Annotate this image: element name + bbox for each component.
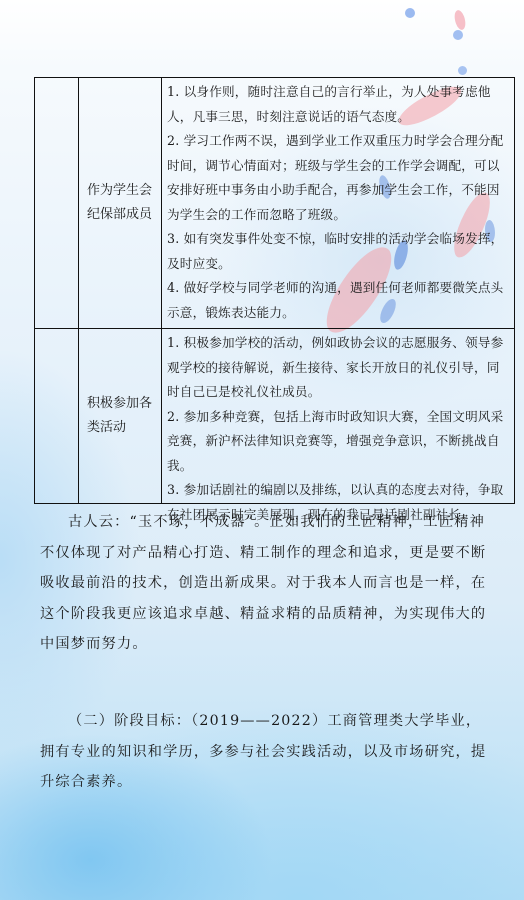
table-cell-category: 作为学生会纪保部成员 bbox=[79, 78, 162, 328]
category-label: 作为学生会纪保部成员 bbox=[87, 179, 157, 227]
table-cell-empty bbox=[35, 329, 79, 503]
detail-item: 2. 参加多种竞赛，包括上海市时政知识大赛，全国文明风采竞赛，新沪杯法律知识竞赛… bbox=[167, 405, 508, 479]
body-paragraph-craftsmanship: 古人云：“玉不琢，不成器”。正如我们的工匠精神，工匠精神不仅体现了对产品精心打造… bbox=[40, 507, 488, 660]
category-label: 积极参加各类活动 bbox=[87, 392, 157, 440]
detail-item: 2. 学习工作两不误，遇到学业工作双重压力时学会合理分配时间，调节心情面对；班级… bbox=[167, 129, 508, 227]
decor-dot bbox=[405, 8, 415, 18]
body-paragraph-stage-goal: （二）阶段目标：（2019——2022）工商管理类大学毕业，拥有专业的知识和学历… bbox=[40, 706, 488, 798]
decor-fish-pink bbox=[452, 9, 468, 31]
decor-dot bbox=[453, 30, 463, 40]
detail-item: 3. 如有突发事件处变不惊，临时安排的活动学会临场发挥，及时应变。 bbox=[167, 227, 508, 276]
table-cell-details: 1. 积极参加学校的活动，例如政协会议的志愿服务、领导参观学校的接待解说，新生接… bbox=[162, 329, 514, 503]
table-cell-empty bbox=[35, 78, 79, 328]
table-cell-details: 1. 以身作则，随时注意自己的言行举止，为人处事考虑他人，凡事三思，时刻注意说话… bbox=[162, 78, 514, 328]
table-row: 作为学生会纪保部成员 1. 以身作则，随时注意自己的言行举止，为人处事考虑他人，… bbox=[35, 78, 514, 329]
detail-item: 4. 做好学校与同学老师的沟通，遇到任何老师都要微笑点头示意，锻炼表达能力。 bbox=[167, 276, 508, 325]
detail-item: 1. 积极参加学校的活动，例如政协会议的志愿服务、领导参观学校的接待解说，新生接… bbox=[167, 331, 508, 405]
table-cell-category: 积极参加各类活动 bbox=[79, 329, 162, 503]
table-row: 积极参加各类活动 1. 积极参加学校的活动，例如政协会议的志愿服务、领导参观学校… bbox=[35, 329, 514, 503]
decor-dot bbox=[458, 66, 467, 75]
detail-item: 1. 以身作则，随时注意自己的言行举止，为人处事考虑他人，凡事三思，时刻注意说话… bbox=[167, 80, 508, 129]
plan-table: 作为学生会纪保部成员 1. 以身作则，随时注意自己的言行举止，为人处事考虑他人，… bbox=[34, 77, 515, 504]
